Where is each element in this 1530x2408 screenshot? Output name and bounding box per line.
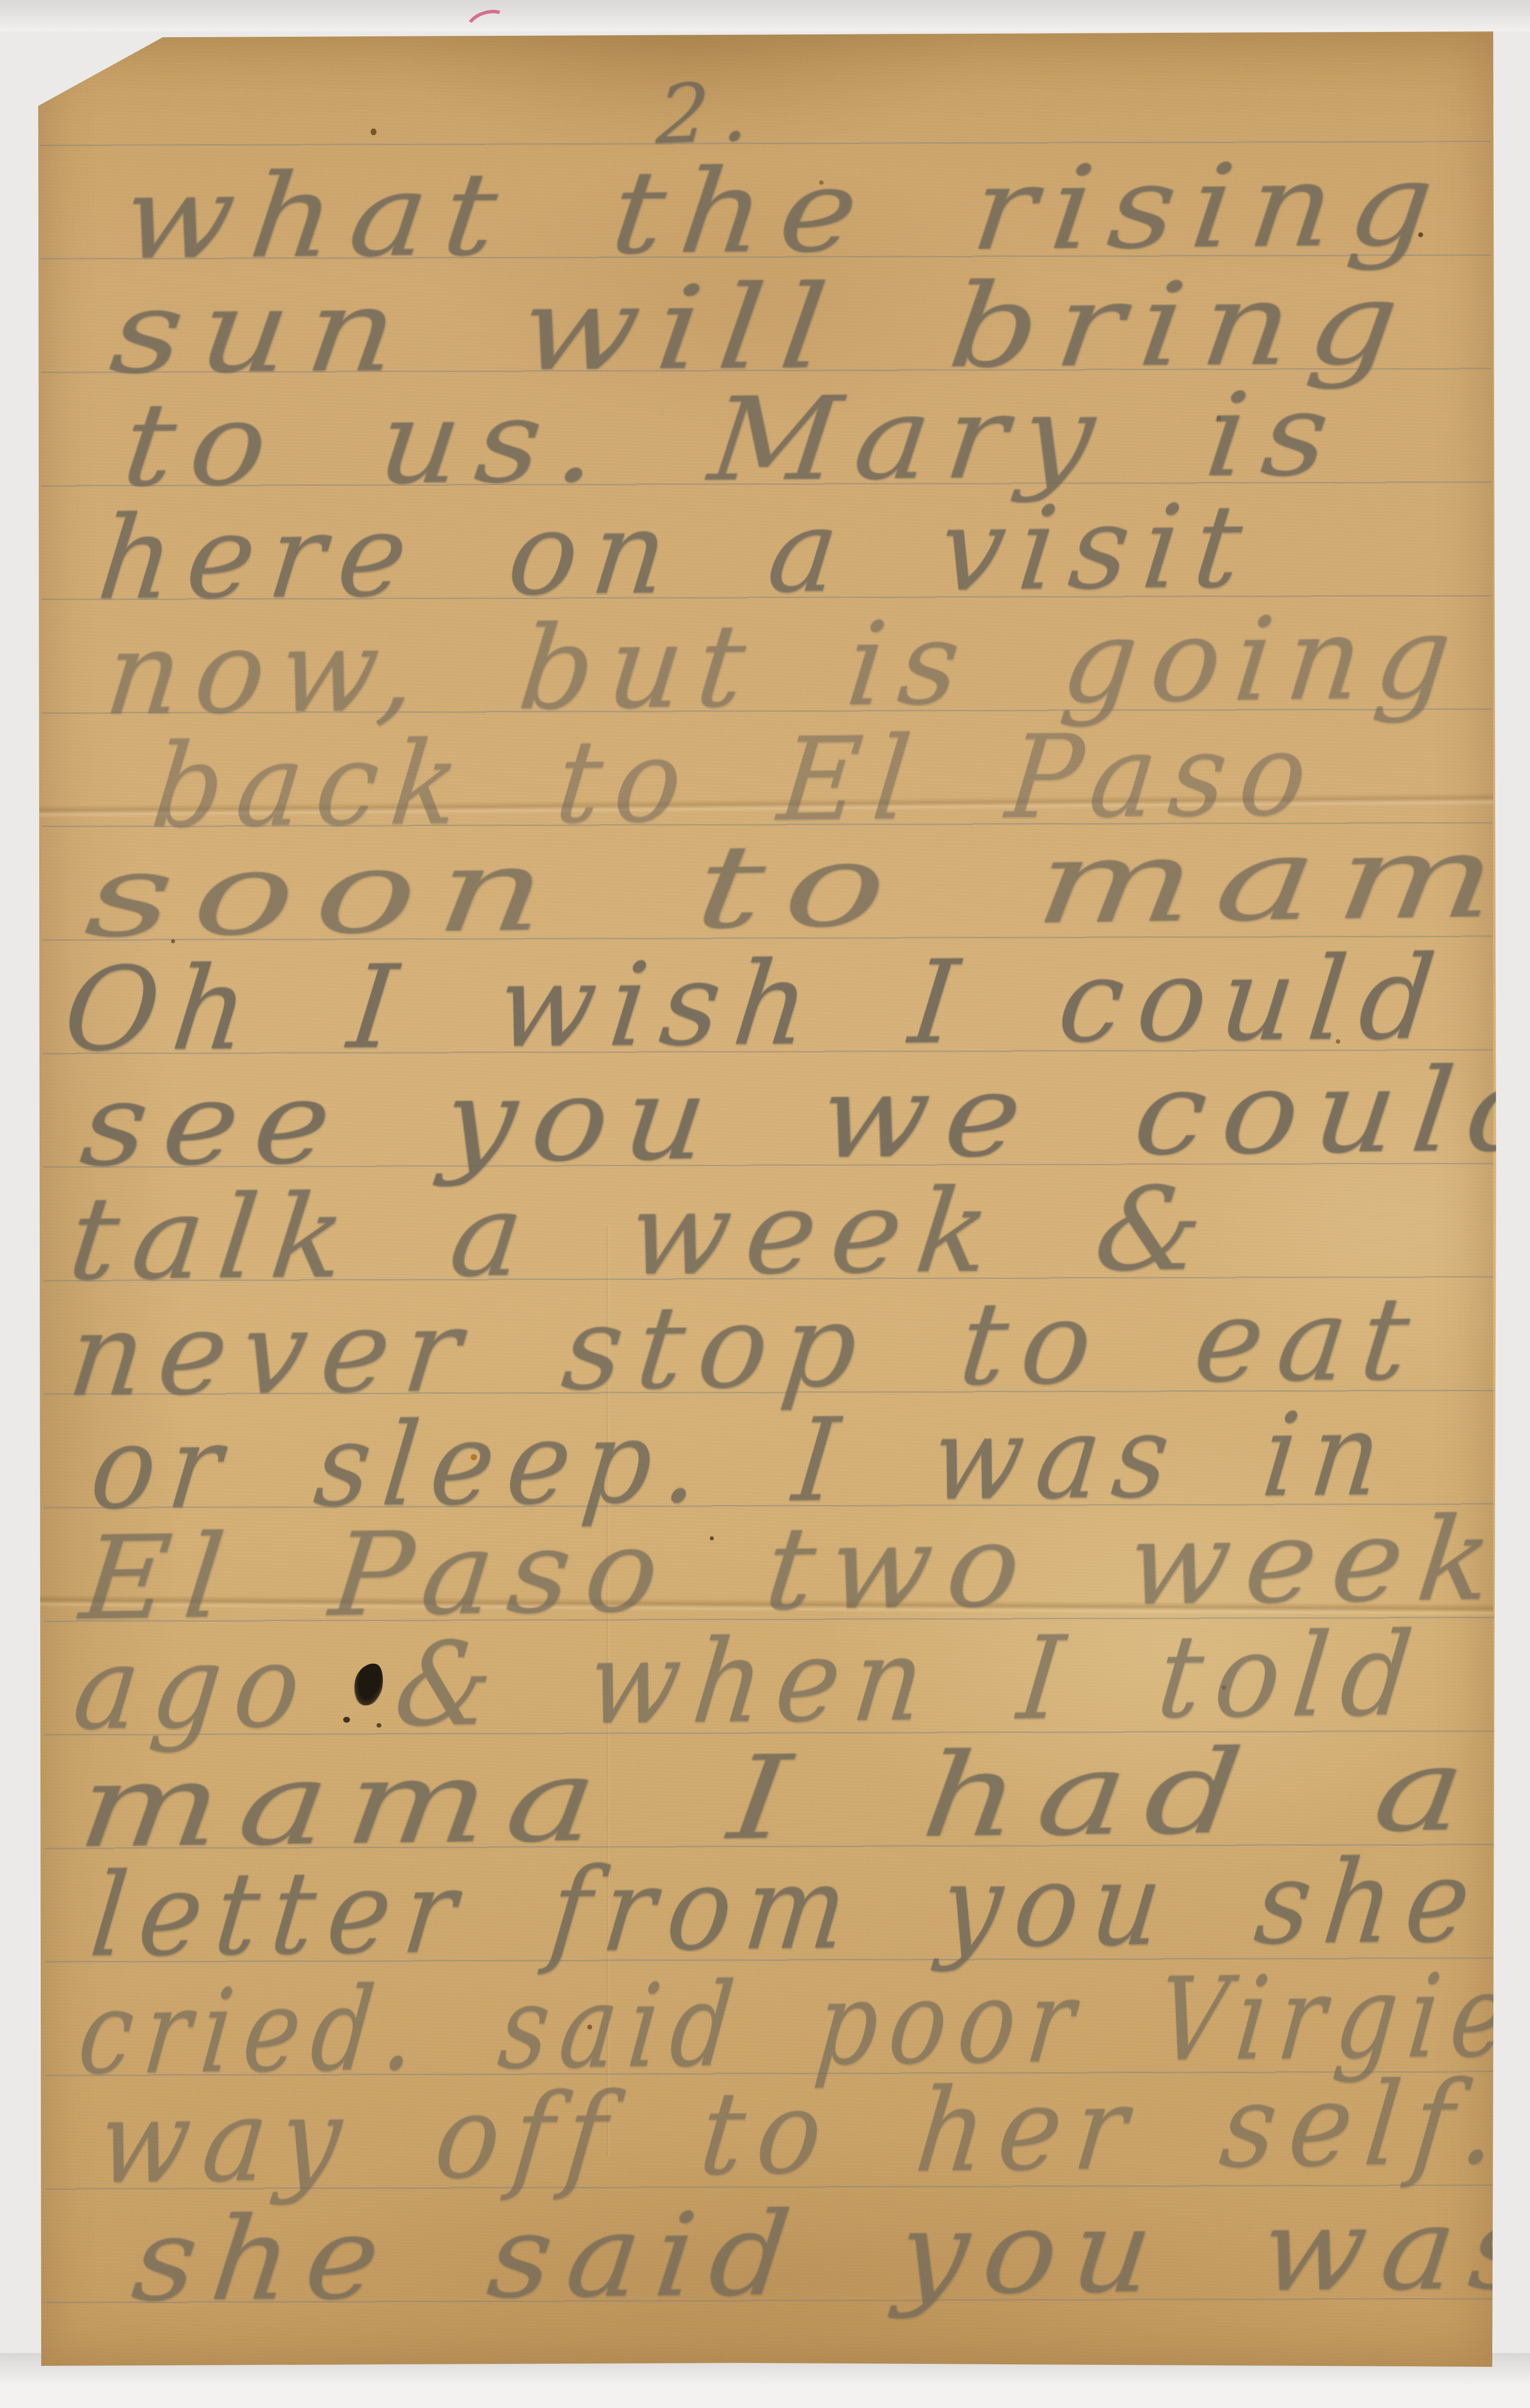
letter-page: 2. what the rising sun will bring to us.… bbox=[0, 0, 1530, 2408]
handwritten-line: what the rising bbox=[118, 147, 1455, 276]
paper-speck bbox=[371, 128, 376, 135]
handwritten-line: see you we could bbox=[76, 1052, 1530, 1183]
page-number: 2. bbox=[654, 71, 767, 156]
handwritten-line: she said you was bbox=[127, 2191, 1530, 2318]
handwritten-line: way off to her self. bbox=[93, 2065, 1516, 2201]
backing-top-band bbox=[0, 0, 1530, 31]
scanned-letter-canvas: 2. what the rising sun will bring to us.… bbox=[0, 0, 1530, 2408]
